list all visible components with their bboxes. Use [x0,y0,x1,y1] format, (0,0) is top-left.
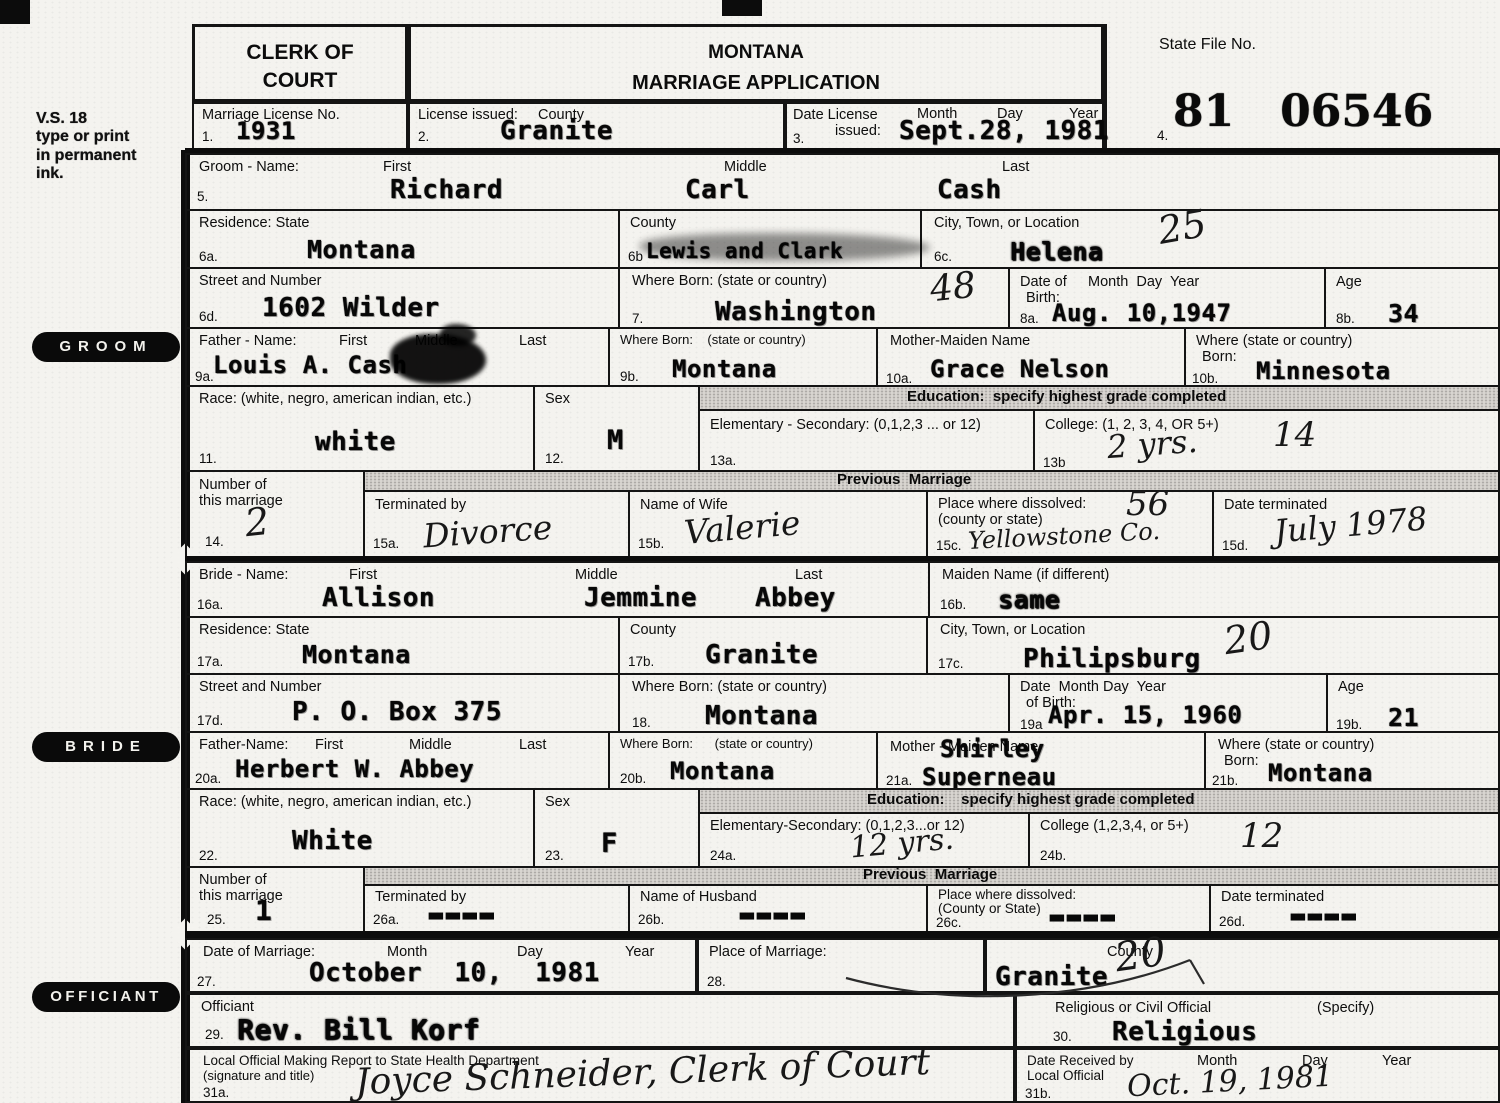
item-number: 22. [199,848,218,863]
groom-mother-value: Grace Nelson [930,355,1109,383]
item-number: 1. [202,129,213,144]
field-groom-age: Age 8b. 34 [1324,267,1500,329]
item-number: 31b. [1025,1086,1051,1101]
date-received-value: Oct. 19, 1981 [1126,1059,1334,1103]
field-label: Number of [199,477,267,493]
education-header-text: Education: specify highest grade complet… [867,791,1195,808]
groom-dob-value: Aug. 10,1947 [1052,299,1231,327]
item-number: 27. [197,974,216,989]
item-number: 15b. [638,536,664,551]
item-number: 21a. [886,773,912,788]
groom-college-value: 2 yrs. [1106,422,1199,466]
groom-age-value: 34 [1388,299,1419,328]
item-number: 6b [628,249,643,264]
officiant-name-value: Rev. Bill Korf [237,1013,480,1046]
handwritten-code: 12 [1240,816,1283,856]
handwritten-code: 20 [1221,613,1275,663]
item-number: 6d. [199,309,218,324]
item-number: 13b [1043,455,1066,470]
clerk-of-court-box: CLERK OF COURT [192,24,408,102]
item-number: 16a. [197,597,223,612]
field-bride-dob: Date Month Day Year of Birth: 19a Apr. 1… [1008,673,1328,733]
item-number: 28. [707,974,726,989]
field-groom-sex: Sex 12. M [533,385,700,472]
field-bride-mother-born: Where (state or country) Born: 21b. Mont… [1204,731,1500,790]
bride-terminated-by-value: ▬▬▬▬ [427,904,495,926]
field-label: Where Born: (state or country) [632,679,827,695]
field-label: Where (state or country) [1196,333,1352,349]
item-number: 25. [207,912,226,927]
groom-marriage-number-value: 2 [243,499,272,545]
field-label: Name of Husband [640,889,757,905]
handwritten-code: 48 [928,265,978,311]
religious-or-civil-value: Religious [1112,1017,1257,1047]
item-number: 30. [1053,1029,1072,1044]
item-number: 6c. [934,249,952,264]
col-first: First [339,333,367,349]
bride-date-terminated-value: ▬▬▬▬ [1289,905,1357,927]
groom-middle-name: Carl [685,175,750,205]
date-of-marriage-value: October 10, 1981 [309,958,600,988]
state-file-number: 81 06546 [1173,86,1433,137]
item-number: 8b. [1336,311,1355,326]
field-groom-terminated-by: Terminated by 15a. Divorce [363,490,630,558]
item-number: 16b. [940,597,966,612]
field-label: Race: (white, negro, american indian, et… [199,794,471,810]
item-number: 13a. [710,453,736,468]
bride-residence-value: Montana [302,640,411,669]
groom-street-value: 1602 Wilder [262,293,440,323]
field-groom-name: Groom - Name: First Middle Last 5. Richa… [185,153,1500,211]
form-title-box: MONTANA MARRIAGE APPLICATION [408,24,1104,102]
item-number: 12. [545,451,564,466]
field-date-received: Date Received by Local Official Month Da… [1015,1048,1500,1103]
bride-father-value: Herbert W. Abbey [235,755,474,783]
ink-smudge-county [640,233,930,261]
bride-maiden-value: same [998,585,1060,614]
item-number: 26c. [936,915,962,930]
groom-last-name: Cash [937,175,1002,205]
field-groom-mother: Mother-Maiden Name 10a. Grace Nelson [876,327,1186,387]
col-last: Last [519,737,546,753]
field-groom-race: Race: (white, negro, american indian, et… [185,385,535,472]
item-number: 20b. [620,771,646,786]
item-number: 14. [205,534,224,549]
groom-section-tab: GROOM [32,332,180,362]
col-middle: Middle [724,159,767,175]
item-number: 18. [632,715,651,730]
bride-education-header: Education: specify highest grade complet… [698,788,1500,814]
item-number: 3. [793,131,804,146]
handwritten-code: 25 [1155,201,1210,253]
field-label: Groom - Name: [199,159,299,175]
field-label: Residence: State [199,622,309,638]
ink-blot-father-name [440,324,476,346]
bride-city-value: Philipsburg [1023,644,1201,674]
field-bride-maiden-name: Maiden Name (if different) 16b. same [928,561,1500,618]
field-label: Sex [545,391,570,407]
field-label: Sex [545,794,570,810]
form-title-state: MONTANA [411,39,1101,68]
groom-race-value: white [315,427,396,457]
field-label: this marriage [199,493,283,509]
field-bride-father-born: Where Born: (state or country) 20b. Mont… [608,731,878,790]
field-label: Elementary - Secondary: (0,1,2,3 ... or … [710,417,981,433]
state-file-item-number: 4. [1157,128,1168,143]
field-groom-dob: Date of Birth: Month Day Year 8a. Aug. 1… [1008,267,1326,329]
groom-first-name: Richard [390,175,503,205]
item-number: 9a. [195,369,214,384]
bride-sex-value: F [601,828,618,859]
field-groom-father-born: Where Born: (state or country) 9b. Monta… [608,327,878,387]
bride-street-value: P. O. Box 375 [292,697,502,727]
bride-age-value: 21 [1388,703,1419,732]
field-label: Date Month Day Year [1020,679,1166,695]
item-number: 5. [197,189,208,204]
field-label: Place where dissolved: [938,887,1076,902]
bride-middle-name: Jemmine [584,583,697,613]
item-number: 26d. [1219,914,1245,929]
field-label: City, Town, or Location [934,215,1079,231]
field-label: Terminated by [375,497,466,513]
item-number: 24a. [710,848,736,863]
field-label: Date terminated [1221,889,1324,905]
field-label: Where Born: (state or country) [620,333,806,348]
item-number: 23. [545,848,564,863]
groom-previous-marriage-header: Previous Marriage [363,470,1500,492]
field-local-official: Local Official Making Report to State He… [185,1048,1015,1103]
bride-last-name: Abbey [755,583,836,613]
field-label: Residence: State [199,215,309,231]
field-groom-street: Street and Number 6d. 1602 Wilder [185,267,620,329]
field-bride-place-dissolved: Place where dissolved: (County or State)… [926,884,1211,933]
field-label: Race: (white, negro, american indian, et… [199,391,471,407]
field-groom-residence-state: Residence: State 6a. Montana [185,209,620,269]
field-label: Place of Marriage: [709,944,827,960]
previous-marriage-header-text: Previous Marriage [837,471,971,488]
bride-first-name: Allison [322,583,435,613]
field-label: Maiden Name (if different) [942,567,1109,583]
field-bride-race: Race: (white, negro, american indian, et… [185,788,535,868]
groom-sex-value: M [607,425,624,456]
license-county-value: Granite [500,116,613,146]
field-religious-or-civil: Religious or Civil Official (Specify) 30… [1015,993,1500,1048]
field-bride-mother: Mother - Maiden Name 21a. Shirley Supern… [876,731,1206,790]
item-number: 15a. [373,536,399,551]
col-last: Last [795,567,822,583]
field-label: Date of Marriage: [203,944,315,960]
field-label: Age [1336,274,1362,290]
field-bride-city: City, Town, or Location 17c. Philipsburg… [926,616,1500,675]
field-license-issued-county: License issued: County 2. Granite [408,102,785,150]
col-last: Last [1002,159,1029,175]
bride-race-value: White [292,826,373,856]
bride-husband-value: ▬▬▬▬ [738,904,806,926]
col-year: Year [625,944,654,960]
officiant-section-tab: OFFICIANT [32,982,180,1012]
field-label: Religious or Civil Official [1055,1000,1211,1016]
item-number: 7. [632,311,643,326]
item-number: 10b. [1192,371,1218,386]
marriage-license-no-value: 1931 [236,117,296,145]
col-middle: Middle [575,567,618,583]
field-label: Where Born: (state or country) [632,273,827,289]
field-bride-street: Street and Number 17d. P. O. Box 375 [185,673,620,733]
field-bride-elementary: Elementary-Secondary: (0,1,2,3...or 12) … [698,812,1030,868]
bride-mother-born-value: Montana [1268,759,1373,787]
field-bride-date-terminated: Date terminated 26d. ▬▬▬▬ [1209,884,1500,933]
field-label: Where (state or country) [1218,737,1374,753]
field-date-of-marriage: Date of Marriage: Month Day Year 27. Oct… [185,938,697,993]
field-label: City, Town, or Location [940,622,1085,638]
field-label: Date of [1020,274,1067,290]
groom-father-born-value: Montana [672,355,777,383]
item-number: 2. [418,129,429,144]
field-bride-marriage-number: Number of this marriage 25. 1 [185,866,365,933]
item-number: 31a. [203,1085,229,1100]
item-number: 19b. [1336,717,1362,732]
field-label: Place where dissolved: [938,496,1086,512]
previous-marriage-header-text: Previous Marriage [863,866,997,883]
montana-marriage-application-form: V.S. 18 type or print in permanent ink. … [0,0,1500,1103]
item-number: 17b. [628,654,654,669]
bride-mother-first-value: Shirley [940,735,1045,763]
scan-mark [0,0,30,24]
field-label: Father - Name: [199,333,297,349]
bride-marriage-number-value: 1 [255,894,272,927]
bride-elementary-value: 12 yrs. [849,822,956,866]
item-number: 9b. [620,369,639,384]
field-label: Street and Number [199,679,322,695]
item-number: 29. [205,1027,224,1042]
field-bride-name: Bride - Name: First Middle Last 16a. All… [185,561,930,618]
field-bride-terminated-by: Terminated by 26a. ▬▬▬▬ [363,884,630,933]
field-label: Street and Number [199,273,322,289]
local-official-signature: Joyce Schneider, Clerk of Court [354,1042,930,1103]
field-groom-city: City, Town, or Location 6c. Helena 25 [920,209,1500,269]
groom-city-value: Helena [1010,237,1103,266]
field-groom-where-born: Where Born: (state or country) 7. Washin… [618,267,1010,329]
date-license-value: Sept.28, 1981 [899,116,1109,146]
bride-mother-last-value: Superneau [922,763,1057,791]
handwritten-code: 14 [1273,415,1316,455]
clerk-line2: COURT [195,67,405,95]
col-first: First [315,737,343,753]
scan-mark [722,0,762,16]
field-label: Where Born: (state or country) [620,737,813,752]
field-sublabel: (Specify) [1317,1000,1374,1016]
groom-education-header: Education: specify highest grade complet… [698,385,1500,411]
col-year: Year [1382,1053,1411,1069]
field-groom-date-terminated: Date terminated 15d. July 1978 [1212,490,1500,558]
field-label: issued: [835,123,881,139]
handwritten-code: 56 [1126,484,1169,524]
field-label: College (1,2,3,4, or 5+) [1040,818,1189,834]
field-bride-county: County 17b. Granite [618,616,928,675]
state-file-box: State File No. 4. 81 06546 [1104,24,1500,148]
item-number: 15c. [936,538,962,553]
item-number: 20a. [195,771,221,786]
field-bride-college: College (1,2,3,4, or 5+) 24b. 12 [1028,812,1500,868]
col-middle: Middle [409,737,452,753]
col-first: First [383,159,411,175]
item-number: 24b. [1040,848,1066,863]
education-header-text: Education: specify highest grade complet… [907,388,1226,405]
item-number: 15d. [1222,538,1248,553]
field-bride-name-of-husband: Name of Husband 26b. ▬▬▬▬ [628,884,928,933]
field-label: Father-Name: [199,737,288,753]
field-label: Bride - Name: [199,567,288,583]
field-label: Local Official [1027,1068,1104,1083]
place-of-marriage-mark [838,950,1218,1000]
bride-section-tab: BRIDE [32,732,180,762]
state-file-label: State File No. [1159,36,1256,54]
bride-previous-marriage-header: Previous Marriage [363,866,1500,886]
groom-where-born-value: Washington [715,297,877,327]
bride-officiant-divider [185,931,1500,938]
field-officiant: Officiant 29. Rev. Bill Korf [185,993,1015,1048]
bride-county-value: Granite [705,640,818,670]
field-groom-elementary: Elementary - Secondary: (0,1,2,3 ... or … [698,409,1035,472]
field-groom-place-dissolved: Place where dissolved: (county or state)… [926,490,1214,558]
item-number: 21b. [1212,773,1238,788]
field-bride-sex: Sex 23. F [533,788,700,868]
field-label: Number of [199,872,267,888]
item-number: 26b. [638,912,664,927]
groom-residence-state-value: Montana [307,235,416,264]
bride-dob-value: Apr. 15, 1960 [1048,701,1242,729]
field-label: (County or State) [938,901,1041,916]
col-first: First [349,567,377,583]
item-number: 10a. [886,371,912,386]
field-label: Age [1338,679,1364,695]
field-label: Date License [793,107,878,123]
form-title-type: MARRIAGE APPLICATION [411,68,1101,98]
groom-mother-born-value: Minnesota [1256,357,1391,385]
field-label: (signature and title) [203,1069,314,1084]
col-last: Last [519,333,546,349]
field-label: Date Received by [1027,1053,1134,1068]
item-number: 8a. [1020,311,1039,326]
item-number: 11. [199,451,217,466]
item-number: 26a. [373,912,399,927]
field-bride-age: Age 19b. 21 [1326,673,1500,733]
field-label: County [630,215,676,231]
field-groom-college: College: (1, 2, 3, 4, OR 5+) 13b 2 yrs. … [1033,409,1500,472]
col-month-day-year: Month Day Year [1088,274,1199,290]
clerk-line1: CLERK OF [195,39,405,67]
groom-father-value: Louis A. Cash [213,351,407,379]
field-marriage-license-no: Marriage License No. 1. 1931 [192,102,408,150]
item-number: 17d. [197,713,223,728]
field-label: Born: [1224,753,1259,769]
field-label: County [630,622,676,638]
bride-father-born-value: Montana [670,757,775,785]
bride-dissolved-value: ▬▬▬▬ [1048,906,1116,928]
field-groom-name-of-wife: Name of Wife 15b. Valerie [628,490,928,558]
field-groom-mother-born: Where (state or country) Born: 10b. Minn… [1184,327,1500,387]
field-date-license-issued: Date License issued: Month Day Year 3. S… [785,102,1104,150]
item-number: 6a. [199,249,218,264]
field-label: Born: [1202,349,1237,365]
groom-terminated-by-value: Divorce [422,508,554,556]
item-number: 17c. [938,656,964,671]
field-bride-father: Father-Name: First Middle Last 20a. Herb… [185,731,610,790]
field-label: Mother-Maiden Name [890,333,1030,349]
vs-18-note: V.S. 18 type or print in permanent ink. [36,110,136,184]
field-groom-marriage-number: Number of this marriage 14. 2 [185,470,365,558]
field-bride-residence-state: Residence: State 17a. Montana [185,616,620,675]
item-number: 19a [1020,717,1043,732]
field-label: Terminated by [375,889,466,905]
item-number: 17a. [197,654,223,669]
bride-where-born-value: Montana [705,701,818,731]
field-bride-where-born: Where Born: (state or country) 18. Monta… [618,673,1010,733]
